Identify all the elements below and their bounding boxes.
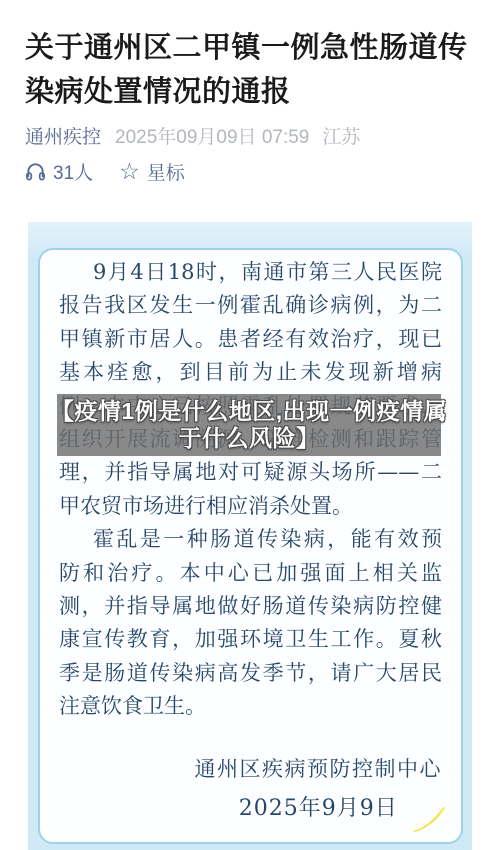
notice-line: 9月4日18时，南通市第三人民医院 <box>59 256 442 289</box>
notice-line: 甲镇新市居人。患者经有效治疗，现已 <box>59 323 442 356</box>
notice-line: 防和治疗。本中心已加强面上相关监 <box>59 557 442 590</box>
notice-line: 报告我区发生一例霍乱确诊病例，为二 <box>59 289 442 322</box>
notice-signature: 通州区疾病预防控制中心 <box>195 757 443 781</box>
headphones-icon <box>25 161 46 182</box>
byline: 通州疾控 2025年09月09日 07:59 江苏 <box>25 122 360 149</box>
listen-row: 31人 ☆ 星标 <box>25 158 185 185</box>
page-title: 关于通州区二甲镇一例急性肠道传染病处置情况的通报 <box>25 26 477 114</box>
article-page: 关于通州区二甲镇一例急性肠道传染病处置情况的通报 通州疾控 2025年09月09… <box>0 0 500 850</box>
yellow-swoosh-decoration <box>411 800 451 834</box>
star-icon: ☆ <box>119 162 140 182</box>
notice-line: 康宣传教育，加强环境卫生工作。夏秋 <box>59 623 442 656</box>
subtitle-line-2: 于什么风险】 <box>179 425 320 452</box>
subtitle-line-1: 【疫情1例是什么地区,出现一例疫情属 <box>51 398 447 425</box>
notice-line: 测，并指导属地做好肠道传染病防控健 <box>59 590 442 623</box>
notice-line: 注意饮食卫生。 <box>59 690 442 723</box>
notice-line: 甲农贸市场进行相应消杀处置。 <box>59 490 442 523</box>
account-link[interactable]: 通州疾控 <box>25 122 101 149</box>
notice-date: 2025年9月9日 <box>195 797 443 821</box>
notice-card: 9月4日18时，南通市第三人民医院 报告我区发生一例霍乱确诊病例，为二 甲镇新市… <box>38 248 463 844</box>
notice-line: 霍乱是一种肠道传染病，能有效预 <box>59 523 442 556</box>
star-label: 星标 <box>147 158 185 185</box>
notice-image[interactable]: 9月4日18时，南通市第三人民医院 报告我区发生一例霍乱确诊病例，为二 甲镇新市… <box>28 222 472 850</box>
notice-signature-block: 通州区疾病预防控制中心 2025年9月9日 <box>195 757 443 821</box>
listen-button[interactable]: 31人 <box>25 158 93 185</box>
notice-line: 理，并指导属地对可疑源头场所——二 <box>59 456 442 489</box>
publish-time: 2025年09月09日 07:59 <box>115 122 309 149</box>
listen-count: 31人 <box>53 158 93 185</box>
notice-line: 季是肠道传染病高发季节，请广大居民 <box>59 657 442 690</box>
notice-line: 基本痊愈，到目前为止未发现新增病 <box>59 356 442 389</box>
publish-location: 江苏 <box>322 122 360 149</box>
subtitle-overlay: 【疫情1例是什么地区,出现一例疫情属 于什么风险】 <box>57 394 441 456</box>
star-button[interactable]: ☆ 星标 <box>119 158 185 185</box>
